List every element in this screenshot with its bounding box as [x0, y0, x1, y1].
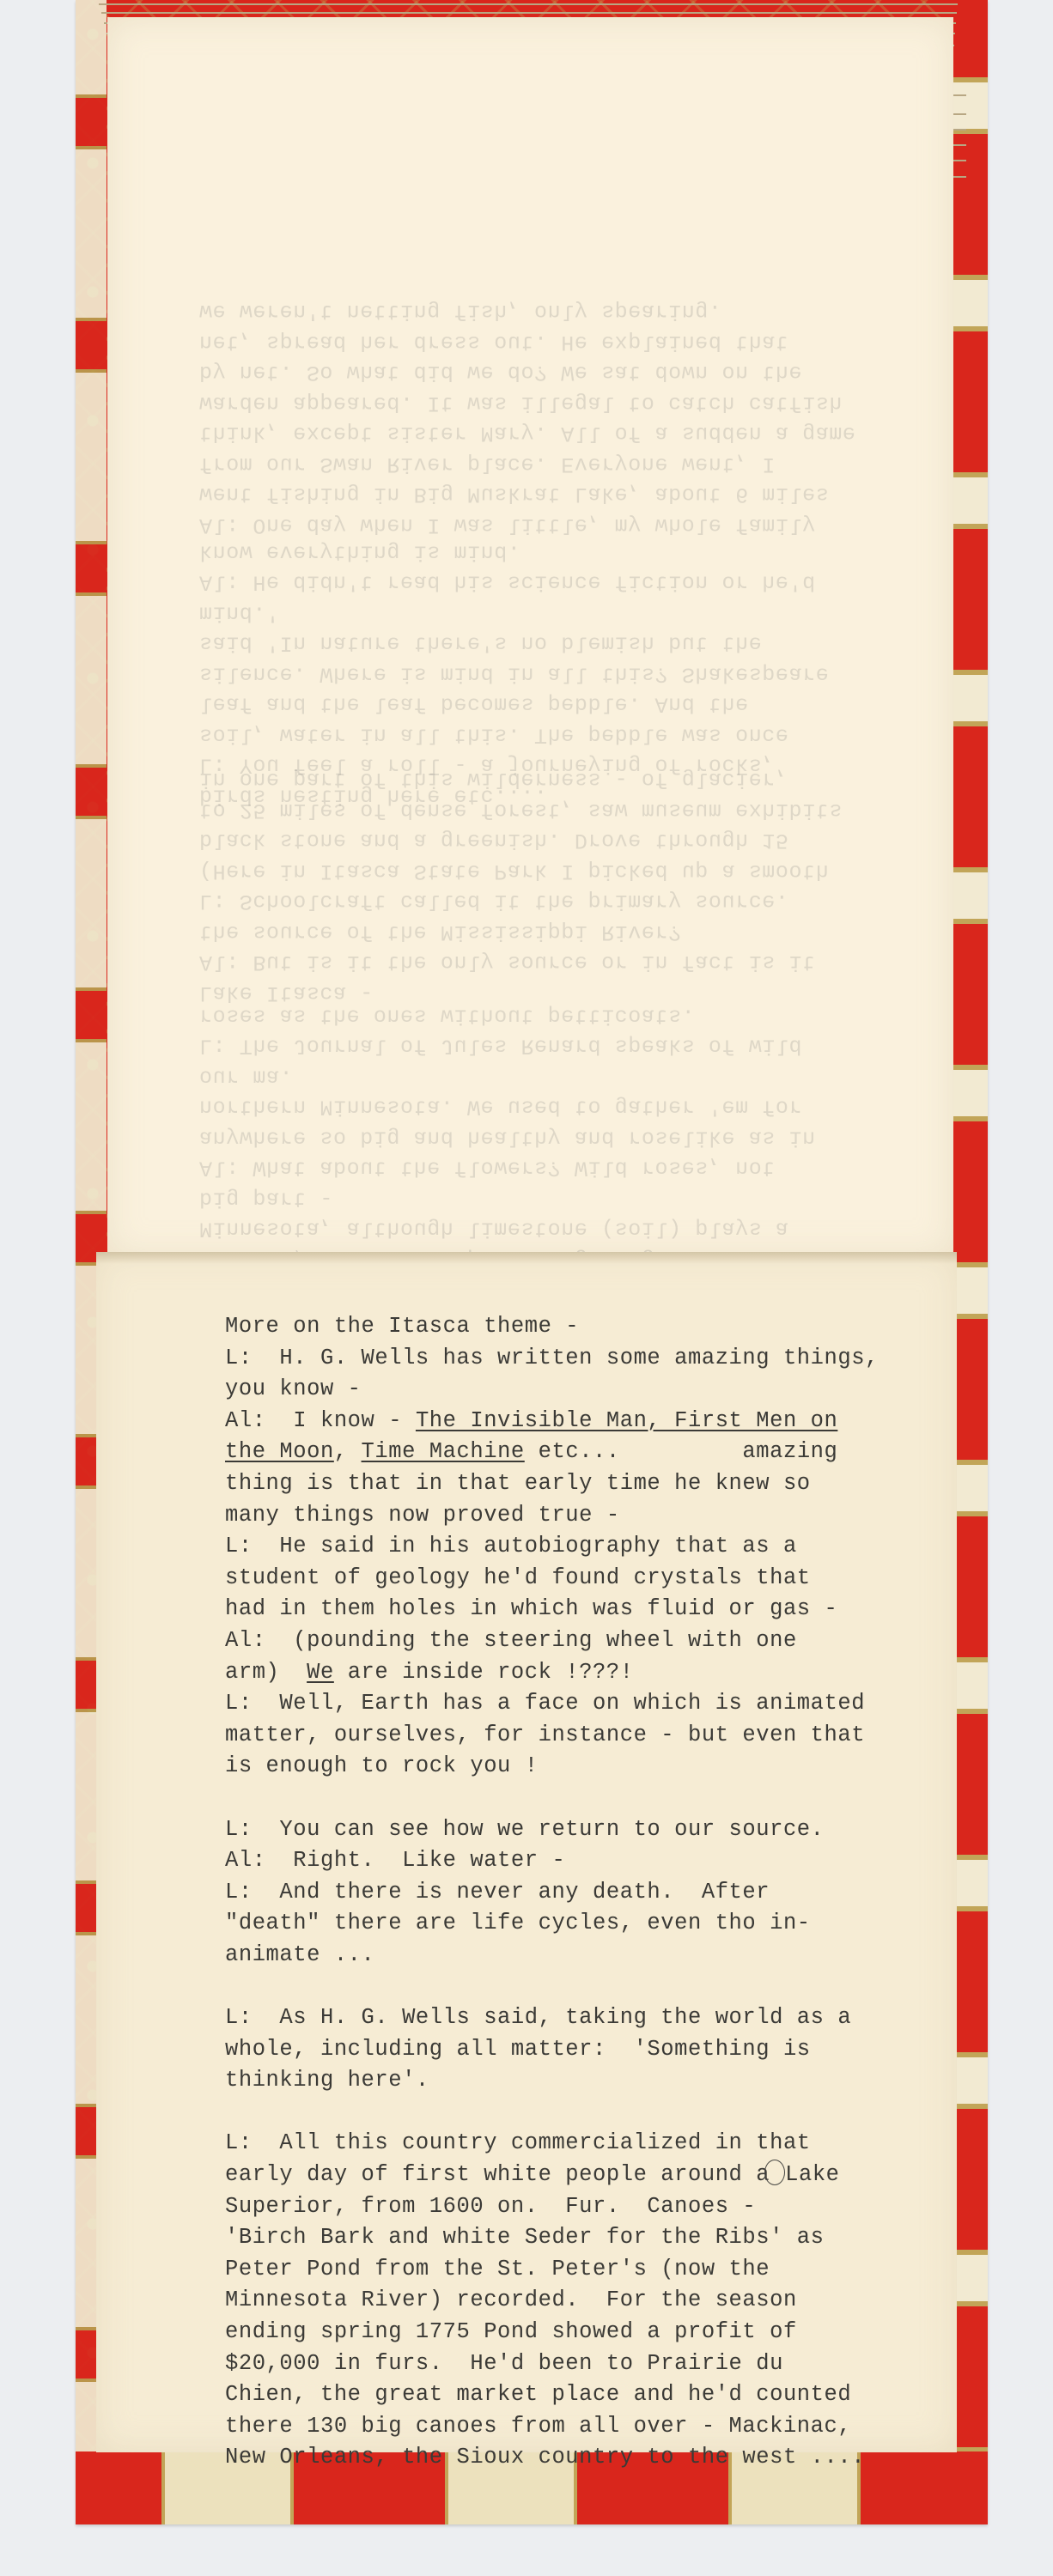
typed-line: matter, ourselves, for instance - but ev…: [225, 1720, 964, 1752]
typed-line: there 130 big canoes from all over - Mac…: [225, 2411, 964, 2443]
underlined-title: the Moon: [225, 1439, 334, 1464]
typed-line: whole, including all matter: 'Something …: [225, 2034, 964, 2066]
typed-line: 'Birch Bark and white Seder for the Ribs…: [225, 2222, 964, 2254]
typed-line: had in them holes in which was fluid or …: [225, 1594, 964, 1625]
typed-line: Minnesota River) recorded. For the seaso…: [225, 2285, 964, 2317]
text-run: early day of first white people around: [225, 2162, 756, 2187]
showthrough-text-block-3: Lake Itasca - Al: But is it the only sou…: [199, 764, 955, 1008]
text-run: Al: I know -: [225, 1408, 416, 1433]
paragraph-gap: [225, 1971, 964, 2002]
text-run: arm): [225, 1660, 307, 1685]
typed-line: "death" there are life cycles, even tho …: [225, 1908, 964, 1940]
typed-line: L: And there is never any death. After: [225, 1877, 964, 1909]
typed-line: animate ...: [225, 1940, 964, 1971]
typed-line: student of geology he'd found crystals t…: [225, 1563, 964, 1595]
sheet-edge: [101, 12, 957, 14]
typed-line: thinking here'.: [225, 2065, 964, 2097]
text-run: Lake: [785, 2162, 839, 2187]
typed-text-body: More on the Itasca theme -L: H. G. Wells…: [225, 1311, 964, 2474]
paragraph-gap: [225, 2097, 964, 2129]
paragraph-gap: [225, 1783, 964, 1814]
underlined-title: The Invisible Man, First Men on: [416, 1408, 837, 1433]
typed-line: Al: (pounding the steering wheel with on…: [225, 1625, 964, 1657]
underlined-title: Time Machine: [362, 1439, 525, 1464]
text-run: are inside rock !???!: [334, 1660, 634, 1685]
typed-line: $20,000 in furs. He'd been to Prairie du: [225, 2348, 964, 2380]
typed-line: many things now proved true -: [225, 1500, 964, 1532]
typed-line: More on the Itasca theme -: [225, 1311, 964, 1343]
typed-line: arm) We are inside rock !???!: [225, 1657, 964, 1689]
typed-line: the Moon, Time Machine etc... amazing: [225, 1437, 964, 1468]
showthrough-text-block-4: L: Iron, the most important geologic fac…: [199, 1000, 955, 1275]
typed-line: thing is that in that early time he knew…: [225, 1468, 964, 1500]
text-run: etc... amazing: [525, 1439, 838, 1464]
typed-line: is enough to rock you !: [225, 1751, 964, 1783]
text-run: ,: [334, 1439, 362, 1464]
typed-line: New Orleans, the Sioux country to the we…: [225, 2442, 964, 2474]
typed-line: Al: I know - The Invisible Man, First Me…: [225, 1406, 964, 1437]
typed-line: Al: Right. Like water -: [225, 1845, 964, 1877]
showthrough-text-block-1: Al: One day when I was little, my whole …: [199, 296, 955, 540]
underlined-title: We: [307, 1660, 334, 1685]
typed-line: Chien, the great market place and he'd c…: [225, 2379, 964, 2411]
typed-line: L: He said in his autobiography that as …: [225, 1531, 964, 1563]
typed-line: ending spring 1775 Pond showed a profit …: [225, 2317, 964, 2348]
typed-line: Superior, from 1600 on. Fur. Canoes -: [225, 2191, 964, 2223]
typed-line: L: As H. G. Wells said, taking the world…: [225, 2002, 964, 2034]
typed-line: L: All this country commercialized in th…: [225, 2128, 964, 2160]
typed-line: L: H. G. Wells has written some amazing …: [225, 1343, 964, 1375]
typed-line: L: Well, Earth has a face on which is an…: [225, 1688, 964, 1720]
typed-line: you know -: [225, 1374, 964, 1406]
page-fold-shadow: [96, 1252, 957, 1264]
typed-line: L: You can see how we return to our sour…: [225, 1814, 964, 1846]
sheet-edge: [99, 3, 958, 5]
typed-line: Peter Pond from the St. Peter's (now the: [225, 2254, 964, 2286]
circle-mark-icon: [764, 2160, 785, 2185]
typed-line: early day of first white people around a…: [225, 2160, 964, 2191]
